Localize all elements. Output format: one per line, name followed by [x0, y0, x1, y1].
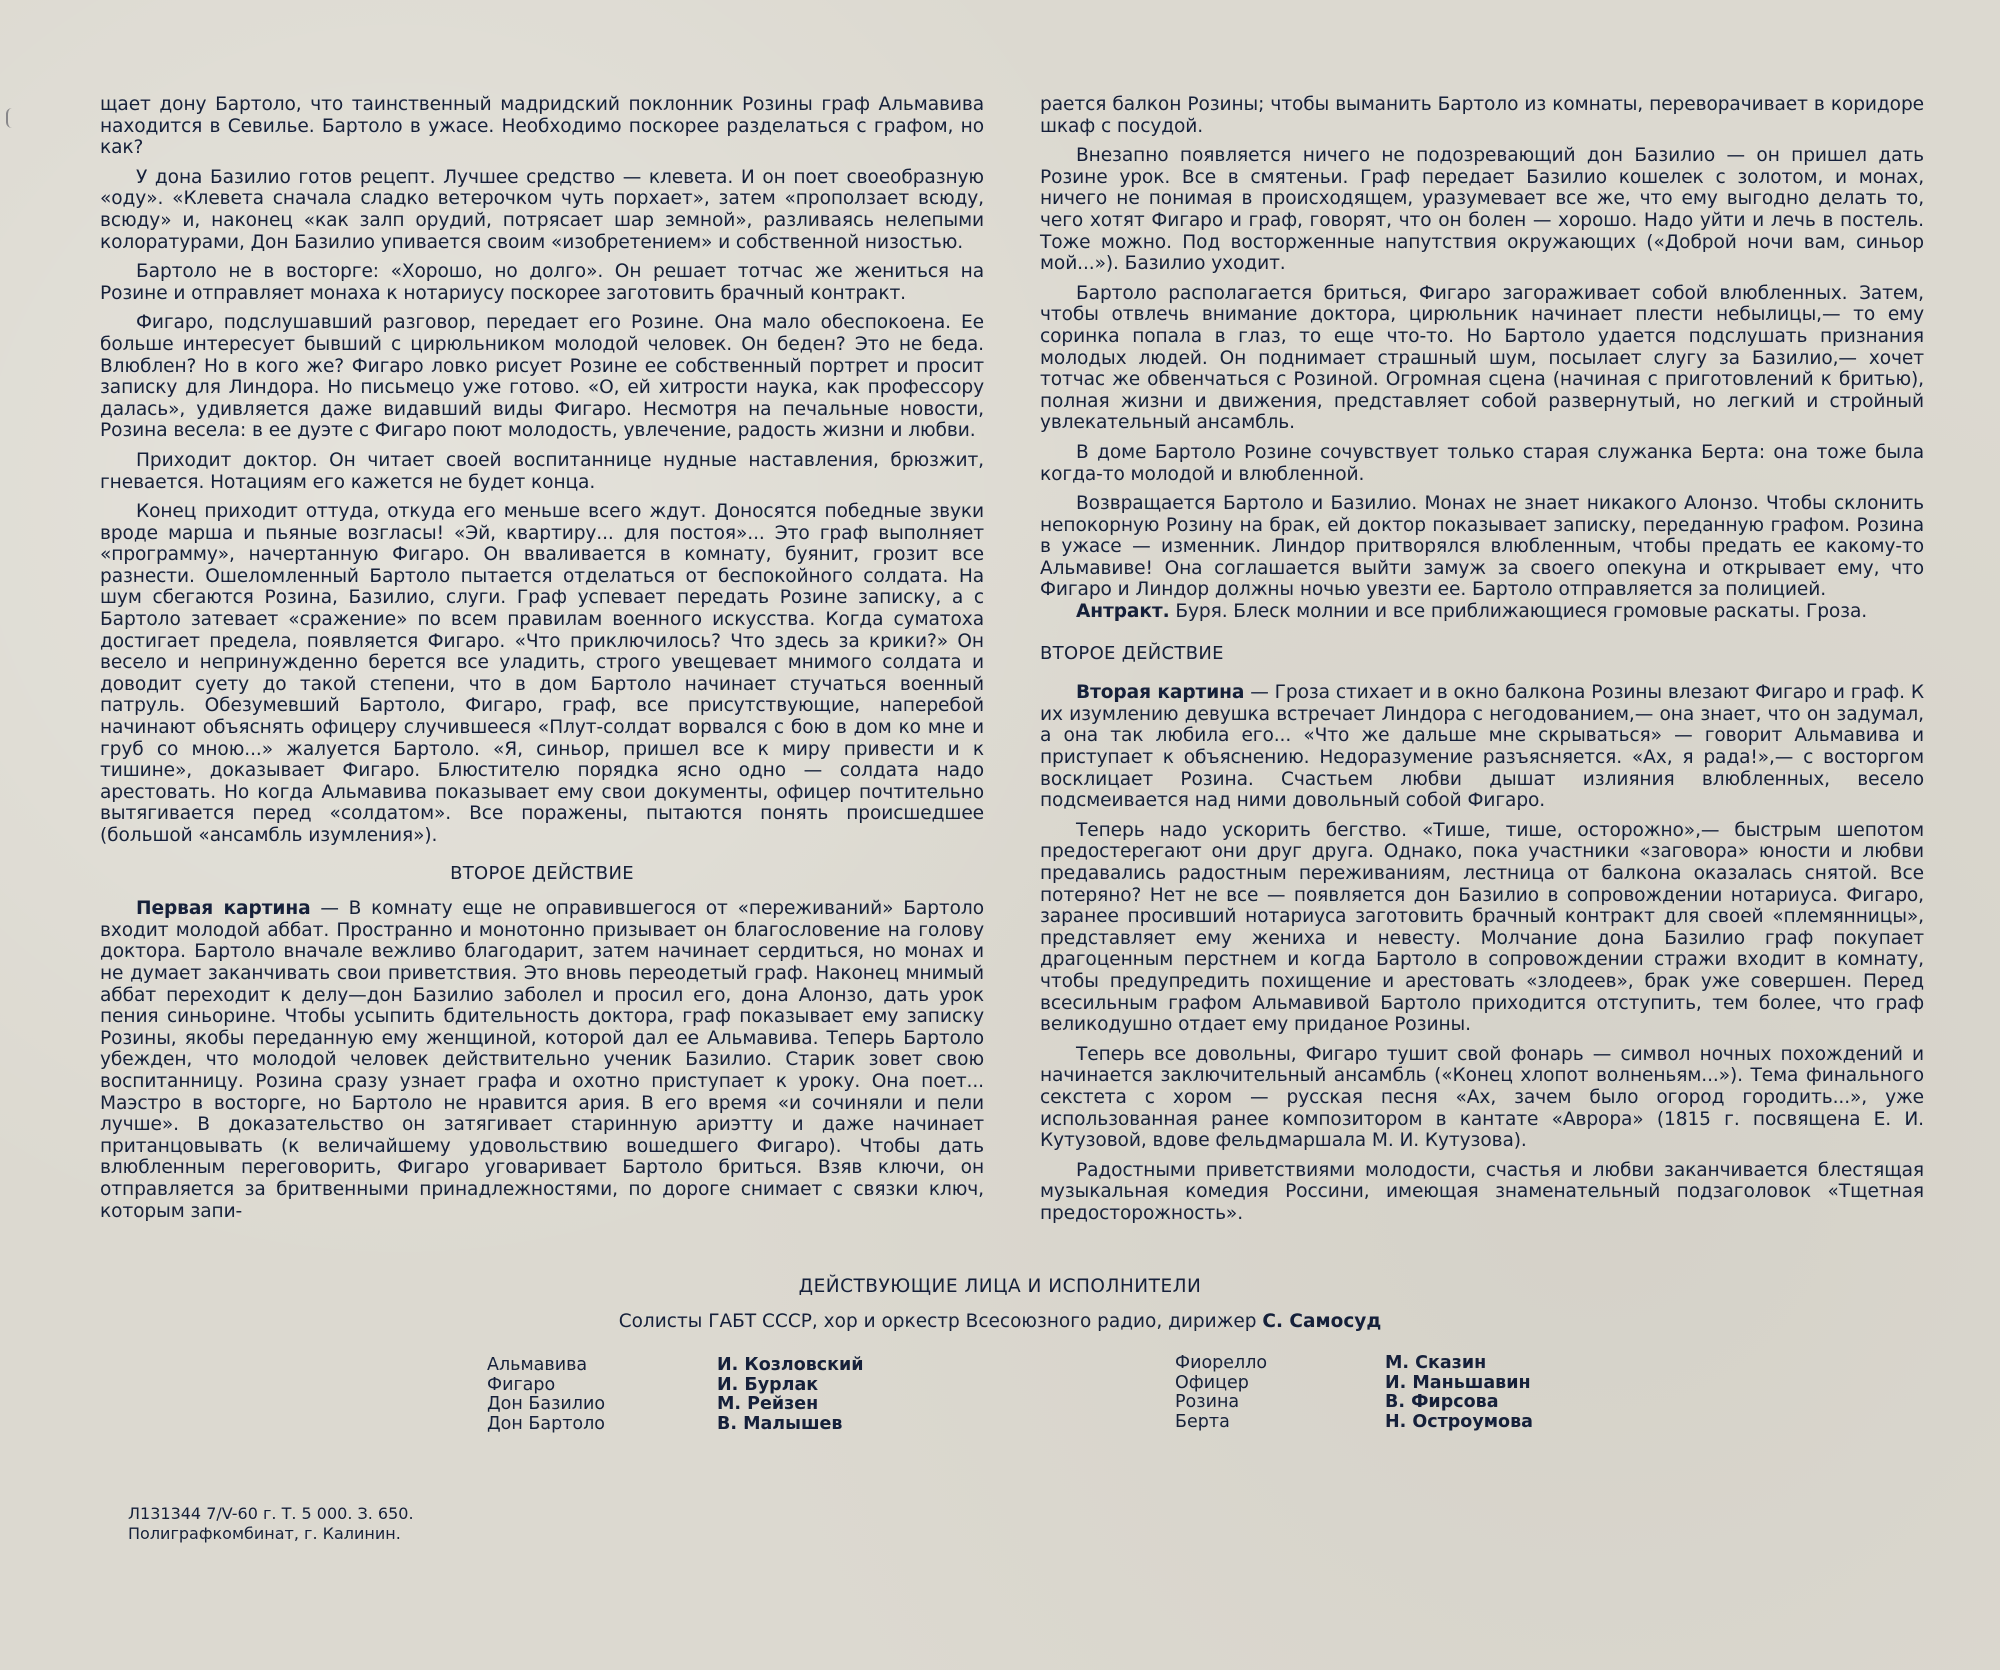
paragraph: Внезапно появляется ничего не подозреваю…	[1040, 145, 1924, 275]
imprint-line: Полиграфкомбинат, г. Калинин.	[128, 1524, 414, 1544]
role: Офицер	[1175, 1374, 1249, 1394]
actor: М. Рейзен	[717, 1395, 818, 1415]
role: Фиорелло	[1175, 1354, 1267, 1374]
entracte-text: Буря. Блеск молнии и все приближающиеся …	[1170, 601, 1868, 622]
paragraph: Приходит доктор. Он читает своей воспита…	[100, 450, 984, 493]
performers-text: Солисты ГАБТ СССР, хор и оркестр Всесоюз…	[619, 1311, 1263, 1332]
role: Альмавива	[487, 1356, 587, 1376]
actor: И. Бурлак	[717, 1376, 818, 1396]
page-edge-mark	[6, 108, 14, 128]
imprint-line: Л131344 7/V-60 г. Т. 5 000. З. 650.	[128, 1504, 414, 1524]
act-heading: ВТОРОЕ ДЕЙСТВИЕ	[100, 863, 984, 885]
left-column: щает дону Бартоло, что таинственный мадр…	[100, 94, 984, 1230]
paragraph: Фигаро, подслушавший разговор, передает …	[100, 312, 984, 442]
scene-paragraph: Первая картина — В комнату еще не оправи…	[100, 898, 984, 1222]
paragraph: Теперь надо ускорить бегство. «Тише, тиш…	[1040, 820, 1924, 1036]
paragraph: Возвращается Бартоло и Базилио. Монах не…	[1040, 493, 1924, 601]
paragraph: В доме Бартоло Розине сочувствует только…	[1040, 442, 1924, 485]
cast-title: ДЕЙСТВУЮЩИЕ ЛИЦА И ИСПОЛНИТЕЛИ	[0, 1276, 2000, 1297]
entracte-label: Антракт.	[1076, 601, 1170, 622]
role: Берта	[1175, 1413, 1230, 1433]
act-heading: ВТОРОЕ ДЕЙСТВИЕ	[1040, 643, 1924, 665]
paragraph: щает дону Бартоло, что таинственный мадр…	[100, 94, 984, 159]
role: Дон Бартоло	[487, 1415, 605, 1435]
entracte-paragraph: Антракт. Буря. Блеск молнии и все прибли…	[1040, 601, 1924, 623]
scene-text: — В комнату еще не оправившегося от «пер…	[100, 898, 984, 1221]
role: Розина	[1175, 1393, 1239, 1413]
paragraph: Конец приходит оттуда, откуда его меньше…	[100, 501, 984, 847]
paragraph: рается балкон Розины; чтобы выманить Бар…	[1040, 94, 1924, 137]
role: Фигаро	[487, 1376, 555, 1396]
actor: И. Маньшавин	[1385, 1374, 1531, 1394]
actor: В. Малышев	[717, 1415, 842, 1435]
actor: Н. Остроумова	[1385, 1413, 1533, 1433]
paragraph: Радостными приветствиями молодости, счас…	[1040, 1160, 1924, 1225]
cast-header: ДЕЙСТВУЮЩИЕ ЛИЦА И ИСПОЛНИТЕЛИ Солисты Г…	[0, 1276, 2000, 1332]
paragraph: У дона Базилио готов рецепт. Лучшее сред…	[100, 167, 984, 253]
role: Дон Базилио	[487, 1395, 605, 1415]
actor: М. Сказин	[1385, 1354, 1486, 1374]
scene-label: Первая картина	[136, 898, 311, 919]
cast-subtitle: Солисты ГАБТ СССР, хор и оркестр Всесоюз…	[0, 1311, 2000, 1332]
paragraph: Теперь все довольны, Фигаро тушит свой ф…	[1040, 1044, 1924, 1152]
right-column: рается балкон Розины; чтобы выманить Бар…	[1040, 94, 1924, 1233]
scene-paragraph: Вторая картина — Гроза стихает и в окно …	[1040, 682, 1924, 812]
paragraph: Бартоло располагается бриться, Фигаро за…	[1040, 283, 1924, 434]
actor: В. Фирсова	[1385, 1393, 1499, 1413]
conductor-name: С. Самосуд	[1262, 1311, 1381, 1332]
printer-imprint: Л131344 7/V-60 г. Т. 5 000. З. 650. Поли…	[128, 1504, 414, 1544]
actor: И. Козловский	[717, 1356, 864, 1376]
scene-label: Вторая картина	[1076, 682, 1244, 703]
paragraph: Бартоло не в восторге: «Хорошо, но долго…	[100, 261, 984, 304]
